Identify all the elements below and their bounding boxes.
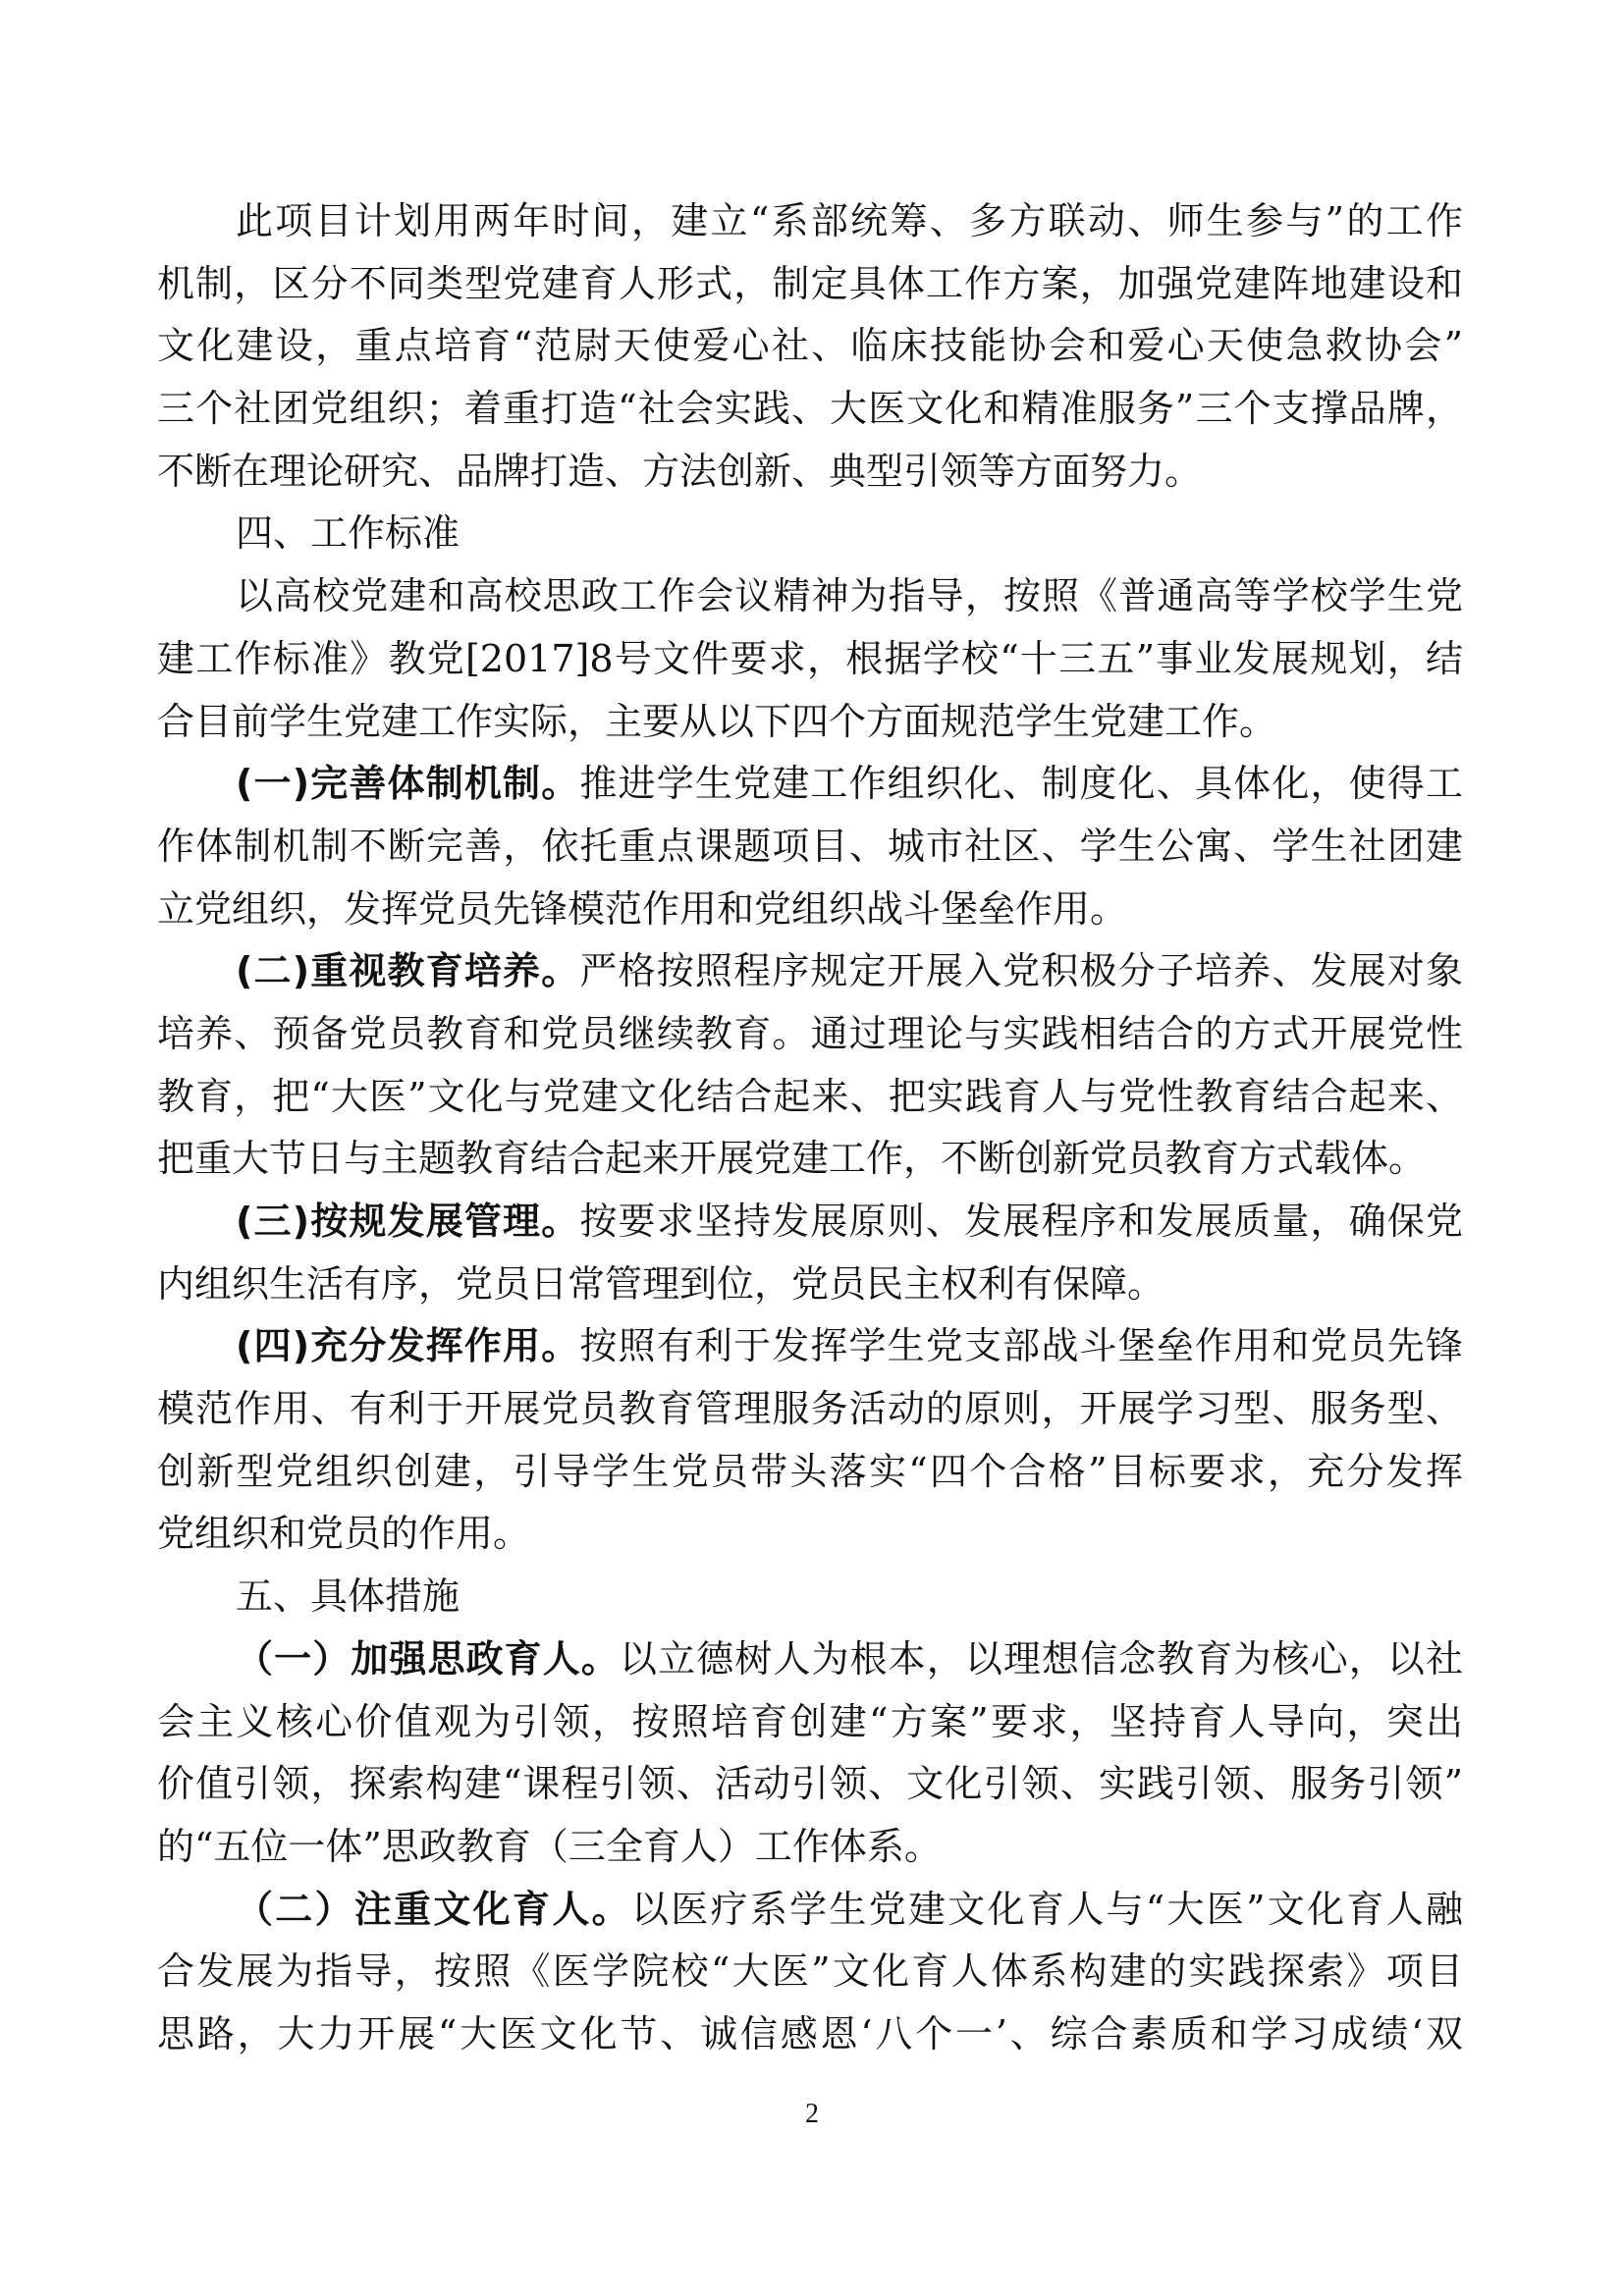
document-body: 此项目计划用两年时间，建立“系部统筹、多方联动、师生参与”的工作 机制，区分不同… — [157, 190, 1463, 2066]
text-line: 建工作标准》教党[2017]8号文件要求，根据学校“十三五”事业发展规划，结 — [157, 628, 1463, 691]
text-line: 以高校党建和高校思政工作会议精神为指导，按照《普通高等学校学生党 — [157, 565, 1463, 628]
item-development-management: (三)按规发展管理。按要求坚持发展原则、发展程序和发展质量，确保党 内组织生活有… — [157, 1191, 1463, 1315]
item-cultural-education: （二）注重文化育人。以医疗系学生党建文化育人与“大医”文化育人融 合发展为指导，… — [157, 1879, 1463, 2066]
text-line: 教育，把“大医”文化与党建文化结合起来、把实践育人与党性教育结合起来、 — [157, 1066, 1463, 1129]
text-line: 培养、预备党员教育和党员继续教育。通过理论与实践相结合的方式开展党性 — [157, 1003, 1463, 1066]
text-line: (二)重视教育培养。严格按照程序规定开展入党积极分子培养、发展对象 — [157, 940, 1463, 1003]
section-heading-specific-measures: 五、具体措施 — [157, 1566, 1463, 1629]
text-line: 把重大节日与主题教育结合起来开展党建工作，不断创新党员教育方式载体。 — [157, 1128, 1463, 1191]
paragraph-project-plan: 此项目计划用两年时间，建立“系部统筹、多方联动、师生参与”的工作 机制，区分不同… — [157, 190, 1463, 503]
item-lead: （一）加强思政育人。 — [236, 1637, 620, 1681]
item-lead: (四)充分发挥作用。 — [236, 1324, 579, 1367]
text-line: (一)完善体制机制。推进学生党建工作组织化、制度化、具体化，使得工 — [157, 753, 1463, 816]
text-line: （二）注重文化育人。以医疗系学生党建文化育人与“大医”文化育人融 — [157, 1879, 1463, 1942]
text-line: (三)按规发展管理。按要求坚持发展原则、发展程序和发展质量，确保党 — [157, 1191, 1463, 1254]
text-line: 模范作用、有利于开展党员教育管理服务活动的原则，开展学习型、服务型、 — [157, 1378, 1463, 1441]
paragraph-standards-intro: 以高校党建和高校思政工作会议精神为指导，按照《普通高等学校学生党 建工作标准》教… — [157, 565, 1463, 753]
item-lead: (二)重视教育培养。 — [236, 949, 579, 992]
document-page: 此项目计划用两年时间，建立“系部统筹、多方联动、师生参与”的工作 机制，区分不同… — [0, 0, 1624, 2296]
item-ideological-education: （一）加强思政育人。以立德树人为根本，以理想信念教育为核心，以社 会主义核心价值… — [157, 1629, 1463, 1879]
text-line: 价值引领，探索构建“课程引领、活动引领、文化引领、实践引领、服务引领” — [157, 1753, 1463, 1816]
item-play-role: (四)充分发挥作用。按照有利于发挥学生党支部战斗堡垒作用和党员先锋 模范作用、有… — [157, 1315, 1463, 1566]
text-line: 机制，区分不同类型党建育人形式，制定具体工作方案，加强党建阵地建设和 — [157, 253, 1463, 316]
text-line: 此项目计划用两年时间，建立“系部统筹、多方联动、师生参与”的工作 — [157, 190, 1463, 253]
text-line: 立党组织，发挥党员先锋模范作用和党组织战斗堡垒作用。 — [157, 879, 1463, 941]
text-line: 不断在理论研究、品牌打造、方法创新、典型引领等方面努力。 — [157, 441, 1463, 504]
text-line: （一）加强思政育人。以立德树人为根本，以理想信念教育为核心，以社 — [157, 1629, 1463, 1691]
item-lead: (一)完善体制机制。 — [236, 762, 579, 805]
item-text: 按照有利于发挥学生党支部战斗堡垒作用和党员先锋 — [579, 1324, 1463, 1367]
item-text: 按要求坚持发展原则、发展程序和发展质量，确保党 — [579, 1200, 1463, 1243]
text-line: 会主义核心价值观为引领，按照培育创建“方案”要求，坚持育人导向，突出 — [157, 1691, 1463, 1754]
text-line: 党组织和党员的作用。 — [157, 1503, 1463, 1566]
page-number: 2 — [0, 2099, 1624, 2130]
text-line: 合发展为指导，按照《医学院校“大医”文化育人体系构建的实践探索》项目 — [157, 1941, 1463, 2003]
text-line: 文化建设，重点培育“范尉天使爱心社、临床技能协会和爱心天使急救协会” — [157, 315, 1463, 378]
text-line: 创新型党组织创建，引导学生党员带头落实“四个合格”目标要求，充分发挥 — [157, 1441, 1463, 1504]
item-text: 以医疗系学生党建文化育人与“大医”文化育人融 — [631, 1888, 1463, 1931]
item-education-training: (二)重视教育培养。严格按照程序规定开展入党积极分子培养、发展对象 培养、预备党… — [157, 940, 1463, 1191]
text-line: 思路，大力开展“大医文化节、诚信感恩‘八个一’、综合素质和学习成绩‘双 — [157, 2003, 1463, 2066]
text-line: 内组织生活有序，党员日常管理到位，党员民主权利有保障。 — [157, 1254, 1463, 1316]
text-line: 的“五位一体”思政教育（三全育人）工作体系。 — [157, 1816, 1463, 1879]
item-text: 严格按照程序规定开展入党积极分子培养、发展对象 — [579, 949, 1463, 992]
text-line: 合目前学生党建工作实际，主要从以下四个方面规范学生党建工作。 — [157, 691, 1463, 754]
item-text: 以立德树人为根本，以理想信念教育为核心，以社 — [620, 1637, 1463, 1681]
item-lead: (三)按规发展管理。 — [236, 1200, 579, 1243]
item-text: 推进学生党建工作组织化、制度化、具体化，使得工 — [579, 762, 1463, 805]
text-line: (四)充分发挥作用。按照有利于发挥学生党支部战斗堡垒作用和党员先锋 — [157, 1315, 1463, 1378]
section-heading-work-standards: 四、工作标准 — [157, 503, 1463, 565]
item-lead: （二）注重文化育人。 — [236, 1888, 631, 1931]
text-line: 三个社团党组织；着重打造“社会实践、大医文化和精准服务”三个支撑品牌， — [157, 378, 1463, 441]
text-line: 作体制机制不断完善，依托重点课题项目、城市社区、学生公寓、学生社团建 — [157, 816, 1463, 879]
item-improve-system: (一)完善体制机制。推进学生党建工作组织化、制度化、具体化，使得工 作体制机制不… — [157, 753, 1463, 940]
